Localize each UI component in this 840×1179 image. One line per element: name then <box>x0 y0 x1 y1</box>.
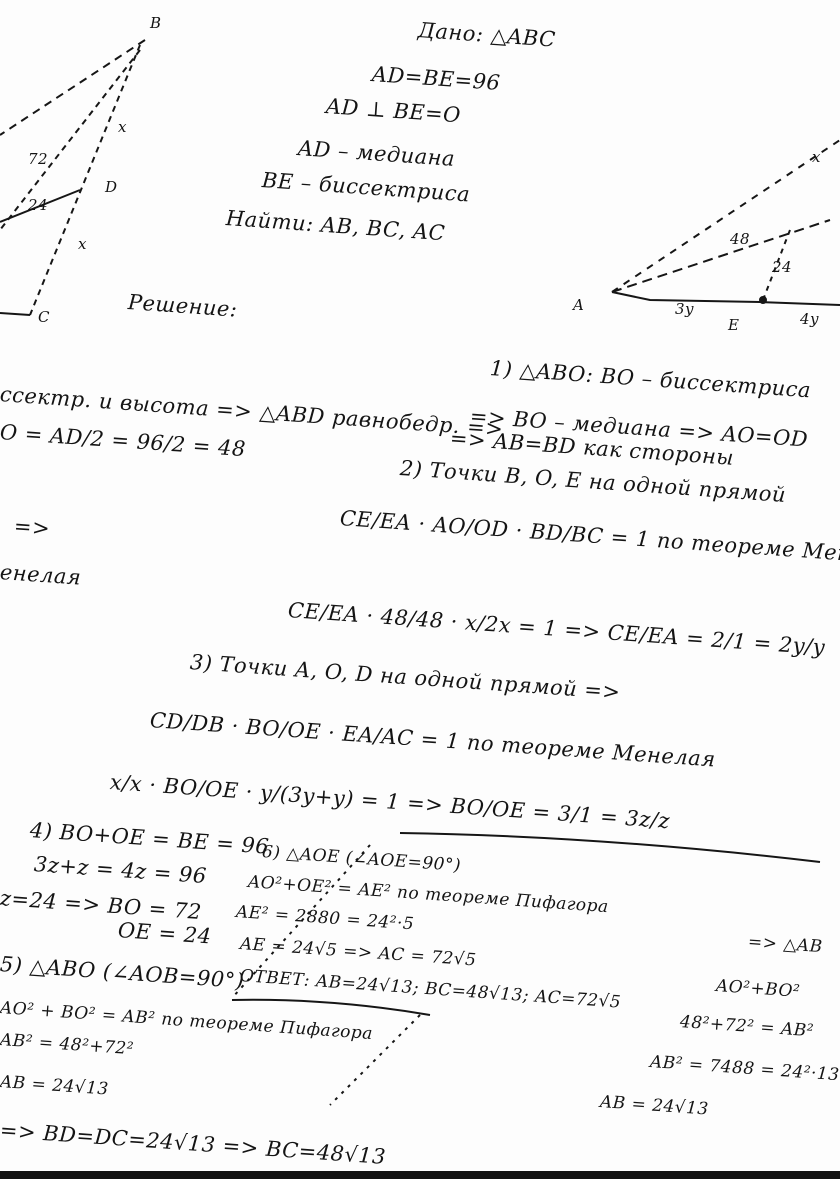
label-x2: x <box>78 235 87 253</box>
label-A: A <box>573 296 584 314</box>
label-24b: 24 <box>772 258 792 276</box>
right-triangle-diagram <box>612 140 840 305</box>
label-x1: x <box>118 118 127 136</box>
step-2-line-c: => <box>13 514 51 540</box>
label-B: B <box>150 14 162 32</box>
label-C: C <box>38 308 50 326</box>
label-3y: 3y <box>675 300 694 318</box>
label-E: E <box>728 316 739 334</box>
label-72: 72 <box>28 150 48 168</box>
label-x: x <box>812 148 821 166</box>
handwritten-page: B C D x x 72 24 A x E 48 24 3y 4y Дано: … <box>0 0 840 1179</box>
diagrams <box>0 0 840 1179</box>
label-24: 24 <box>28 196 48 214</box>
left-triangle-diagram <box>0 40 145 315</box>
label-4y: 4y <box>800 310 819 328</box>
label-48: 48 <box>730 230 750 248</box>
label-D: D <box>105 178 118 196</box>
bottom-edge <box>0 1171 840 1179</box>
